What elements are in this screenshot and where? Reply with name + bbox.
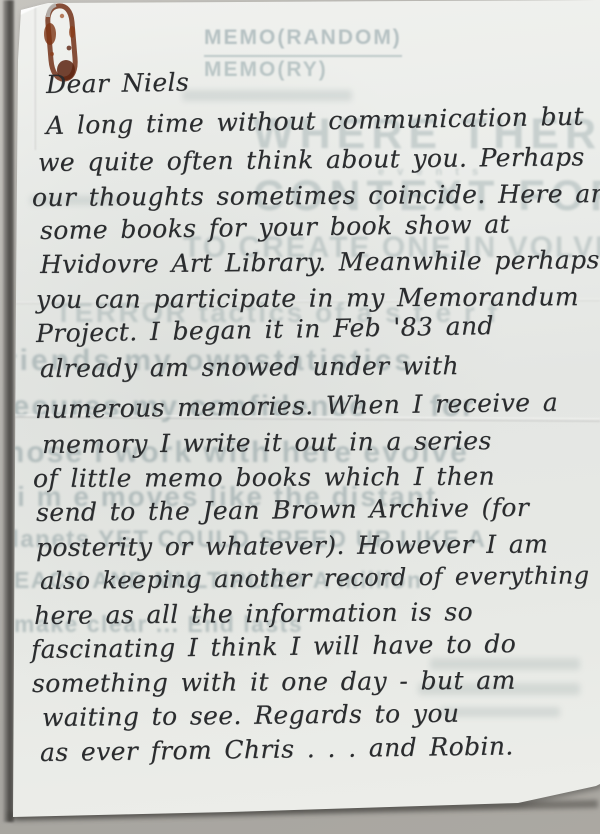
paper-wrap: MEMO(RANDOM) MEMO(RY) e v e n t s WHERE … — [0, 0, 600, 834]
handwritten-line: something with it one day - but am — [32, 666, 516, 698]
letter-paper: MEMO(RANDOM) MEMO(RY) e v e n t s WHERE … — [0, 0, 600, 834]
handwritten-line signature-line: as ever from Chris . . . and Robin. — [40, 731, 514, 767]
handwritten-line: numerous memories. When I receive a — [35, 388, 558, 424]
handwritten-line: fascinating I think I will have to do — [31, 629, 516, 664]
handwritten-line: posterity or whatever). However I am — [36, 529, 548, 562]
illegible-bleedthrough-smudge — [182, 90, 352, 101]
letter-photograph: MEMO(RANDOM) MEMO(RY) e v e n t s WHERE … — [0, 0, 600, 834]
handwritten-line: send to the Jean Brown Archive (for — [36, 493, 529, 527]
handwritten-line: of little memo books which I then — [33, 462, 495, 493]
handwritten-line: some books for your book show at — [40, 209, 510, 245]
handwritten-line: A long time without communication but — [46, 102, 584, 140]
handwritten-line: we quite often think about you. Perhaps — [38, 142, 585, 177]
handwritten-line: Dear Niels — [46, 68, 190, 99]
bleedthrough-memo-randum-text: MEMO(RANDOM) — [204, 26, 402, 57]
handwritten-line: Hvidovre Art Library. Meanwhile perhaps — [40, 245, 600, 279]
handwritten-line: waiting to see. Regards to you — [42, 699, 460, 732]
handwritten-line: here as all the information is so — [34, 597, 473, 630]
handwritten-line: you can participate in my Memorandum — [36, 282, 579, 314]
handwritten-line: memory I write it out in a series — [42, 426, 492, 459]
handwritten-line: also keeping another record of everythin… — [40, 561, 590, 595]
handwritten-line: already am snowed under with — [40, 351, 459, 383]
handwritten-line: Project. I began it in Feb '83 and — [36, 311, 494, 348]
bleedthrough-memo-ry-text: MEMO(RY) — [204, 58, 328, 82]
handwritten-line: our thoughts sometimes coincide. Here ar… — [32, 179, 600, 212]
